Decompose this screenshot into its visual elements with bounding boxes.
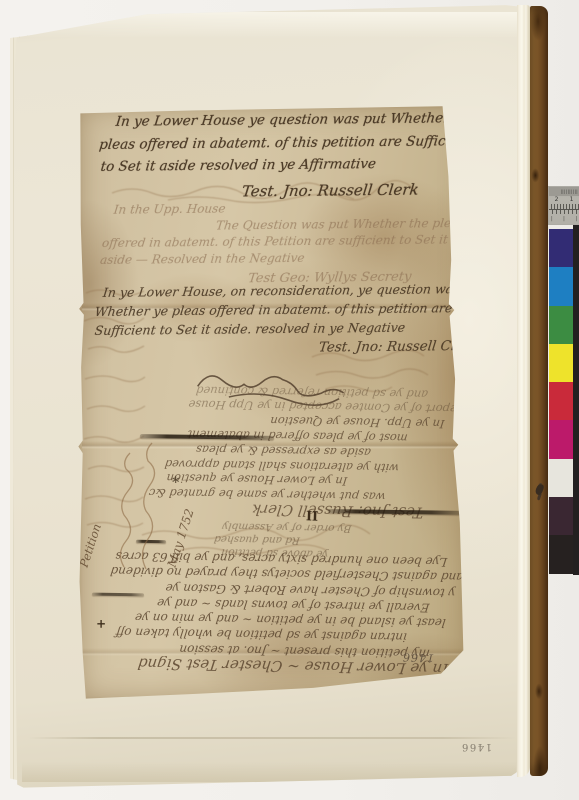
- color-patch-black: [549, 535, 573, 573]
- color-patch-dark-blue: [549, 229, 573, 267]
- manuscript-line: to Set it aside resolved in ye Affirmati…: [99, 152, 464, 178]
- color-patch-green: [549, 306, 573, 344]
- ruler-ticks-row: 2 1: [549, 196, 579, 210]
- book-cover-board-edge: [530, 6, 548, 776]
- color-patch-dark-maroon: [549, 497, 573, 535]
- manuscript-line: aside — Resolved in the Negative: [99, 248, 461, 268]
- double-stroke-mark: II: [306, 507, 319, 522]
- manuscript-line: Whether ye pleas offered in abatemt. of …: [94, 298, 467, 321]
- album-page-stamp: 1466: [460, 741, 492, 752]
- section-lower-house-reconsideration: In ye Lower House, on reconsideration, y…: [89, 279, 468, 360]
- underlying-page-edge: [28, 737, 517, 739]
- target-black-edge: [573, 225, 579, 575]
- docket-scrawl: [116, 451, 132, 571]
- page-bottom-shade: [22, 762, 516, 782]
- color-patch-yellow: [549, 344, 573, 382]
- section-upper-house-negative: In the Upp. House The Question was put W…: [97, 198, 467, 289]
- manuscript-sheet: In ye Lower House ye question was put Wh…: [78, 105, 470, 701]
- color-patch-magenta: [549, 420, 573, 458]
- ruler-ticks-row2: |||: [549, 210, 579, 222]
- docket-scrawl: [138, 441, 154, 573]
- ruler-micro-text: ||||||||||: [549, 187, 579, 196]
- clerk-signature: Test. Jno: Russell Clerk: [318, 337, 462, 357]
- color-patch-red: [549, 382, 573, 420]
- docket-date: May 1752: [165, 507, 197, 569]
- color-patch-blue: [549, 267, 573, 305]
- book-right-page-edges: [517, 5, 530, 777]
- color-patch-white: [549, 459, 573, 497]
- docket-column: Petition May 1752: [86, 435, 236, 575]
- color-calibration-bar: [549, 229, 573, 574]
- manuscript-line: Sufficient to Set it aside. resolved in …: [94, 317, 465, 340]
- photographed-album-page: { "album": { "page_stamp": "1466" }, "ma…: [0, 0, 579, 800]
- sheet-number: 1466: [402, 650, 434, 664]
- page-top-sheen: [22, 12, 521, 38]
- ruler-number: 1: [570, 196, 574, 203]
- manuscript-line: pleas offered in abatemt. of this petiti…: [98, 130, 467, 156]
- section-lower-house-affirmative: In ye Lower House ye question was put Wh…: [93, 107, 470, 204]
- ruler-number: 2: [555, 196, 559, 203]
- calibration-ruler-card: |||||||||| 2 1 |||: [549, 187, 579, 224]
- plus-mark: +: [96, 617, 106, 631]
